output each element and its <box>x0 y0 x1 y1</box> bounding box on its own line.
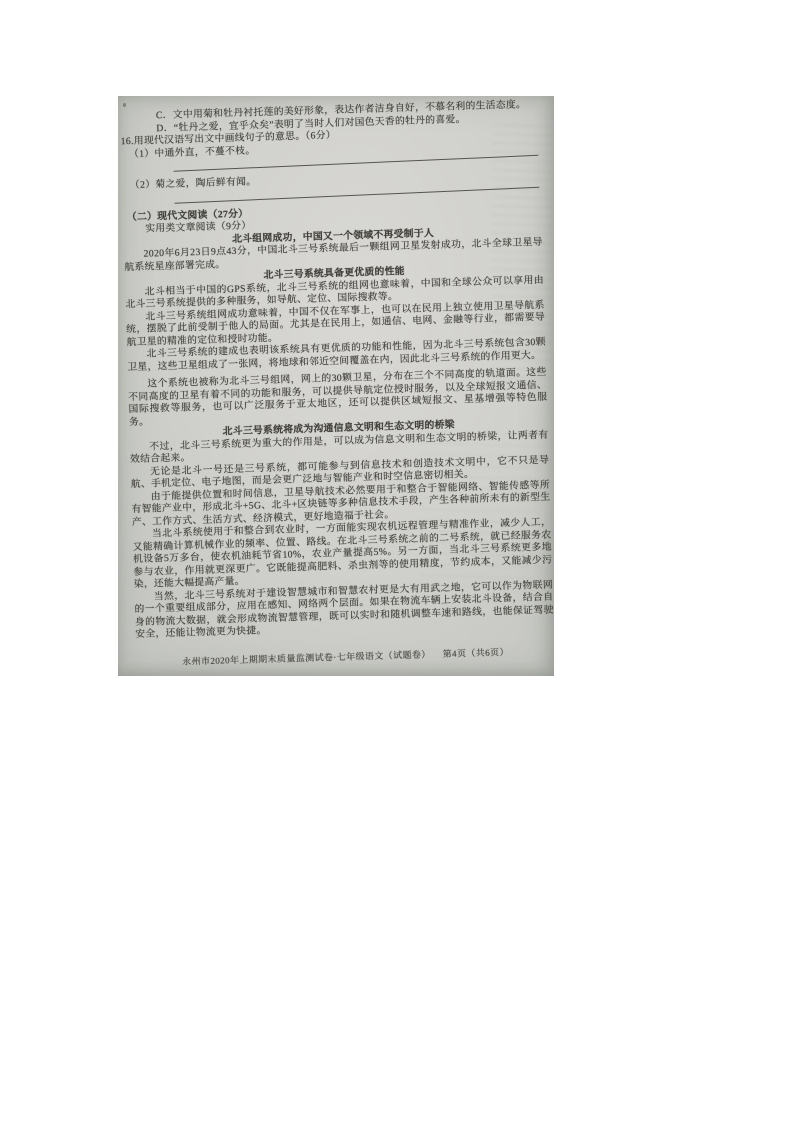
page-canvas: C．文中用菊和牡丹衬托莲的美好形象，表达作者洁身自好，不慕名利的生活态度。 D．… <box>0 0 794 1123</box>
footer-title: 永州市2020年上期期末质量监测试卷·七年级语文（试题卷） <box>182 649 431 666</box>
exam-paper: C．文中用菊和牡丹衬托莲的美好形象，表达作者洁身自好，不慕名利的生活态度。 D．… <box>118 96 554 676</box>
question16-item-2-text: 菊之爱，陶后鲜有闻。 <box>155 176 256 190</box>
question16-item-1-text: 中通外直，不蔓不枝。 <box>154 145 255 159</box>
footer-page-number: 第4页（共6页） <box>443 646 509 658</box>
option-c-label: C． <box>156 110 173 121</box>
exam-content: C．文中用菊和牡丹衬托莲的美好形象，表达作者洁身自好，不慕名利的生活态度。 D．… <box>120 99 554 669</box>
option-d-label: D． <box>156 122 174 134</box>
question16-item-1-label: （1） <box>129 148 155 160</box>
page-footer: 永州市2020年上期期末质量监测试卷·七年级语文（试题卷）第4页（共6页） <box>136 644 554 669</box>
question16-item-2-label: （2） <box>130 179 156 191</box>
scanned-exam-photo: C．文中用菊和牡丹衬托莲的美好形象，表达作者洁身自好，不慕名利的生活态度。 D．… <box>118 96 554 676</box>
